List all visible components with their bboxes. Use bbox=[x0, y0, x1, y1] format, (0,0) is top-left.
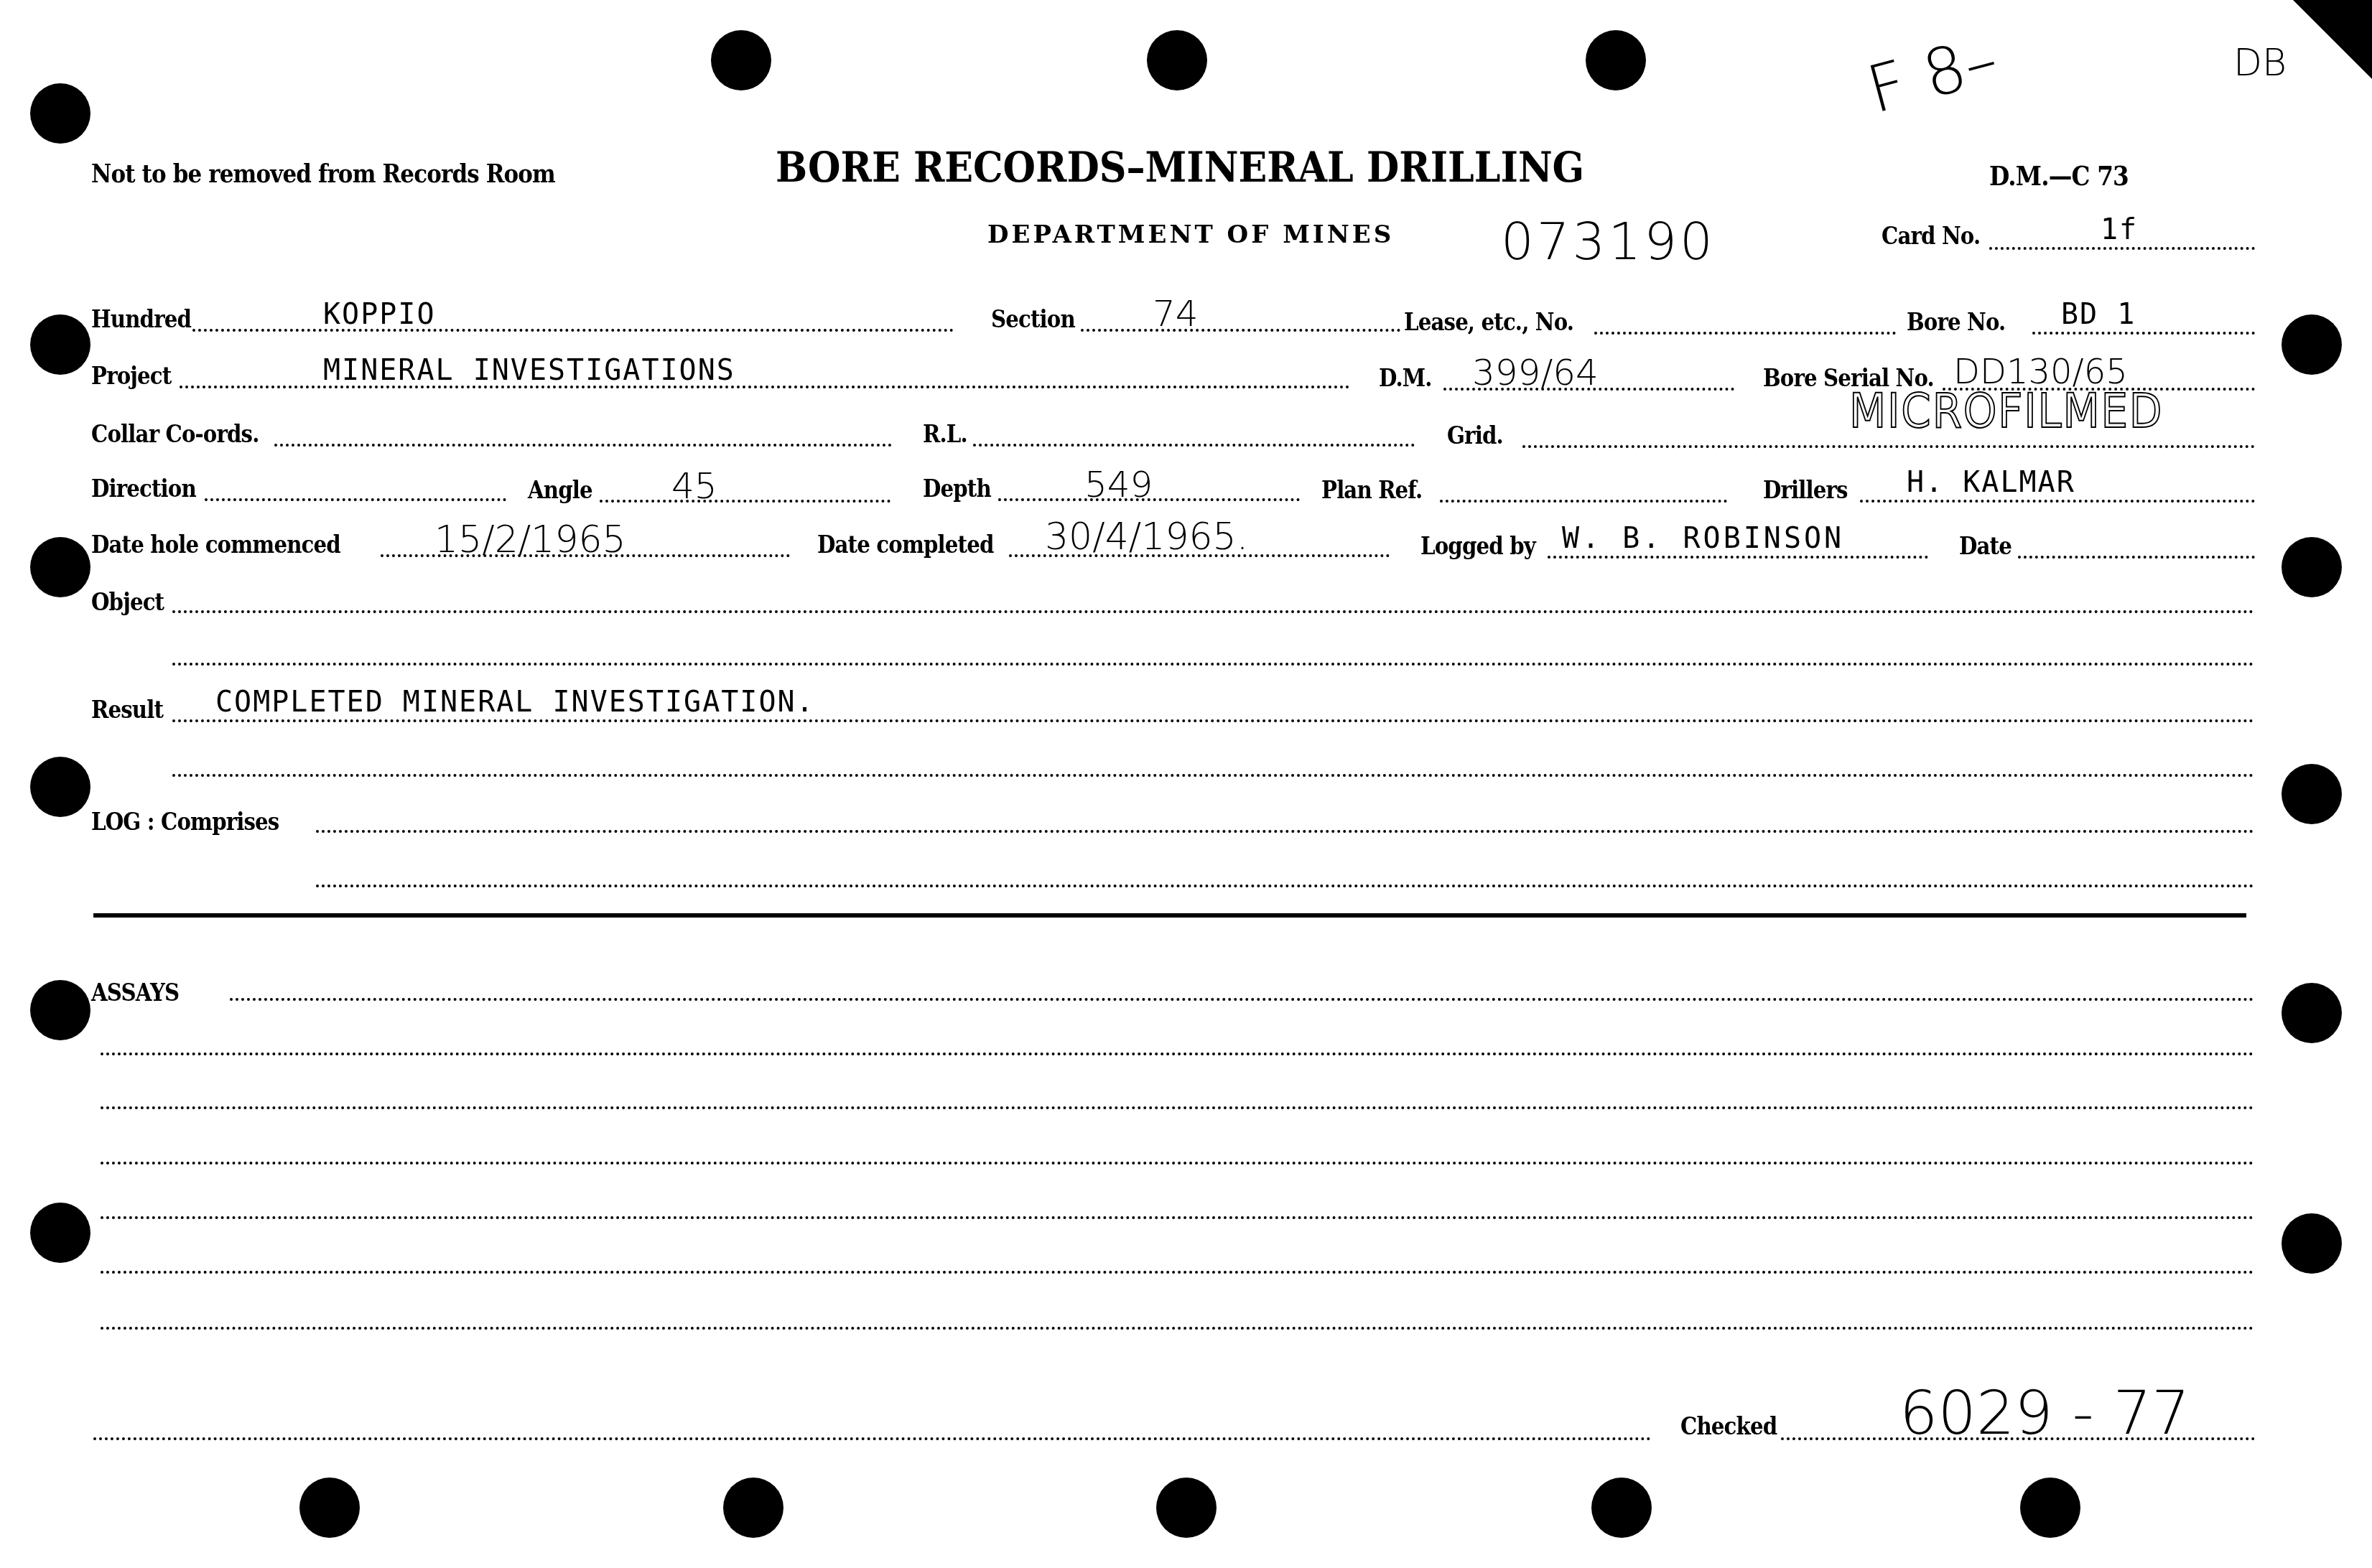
plan-ref-line bbox=[1440, 500, 1727, 503]
result-label: Result bbox=[91, 698, 163, 722]
hundred-label: Hundred bbox=[91, 307, 191, 332]
punch-hole bbox=[1591, 1478, 1652, 1538]
punch-hole bbox=[2282, 537, 2342, 597]
assays-line bbox=[101, 1162, 2255, 1165]
punch-hole bbox=[1147, 30, 1207, 90]
bore-no-line bbox=[2032, 332, 2255, 335]
punch-hole bbox=[2282, 983, 2342, 1043]
date-completed-label: Date completed bbox=[817, 533, 994, 557]
hundred-line bbox=[192, 329, 954, 332]
drillers-label: Drillers bbox=[1763, 478, 1848, 503]
assays-line bbox=[93, 1437, 1652, 1440]
logged-by-label: Logged by bbox=[1420, 534, 1535, 559]
section-divider bbox=[93, 913, 2246, 918]
punch-hole bbox=[30, 314, 90, 375]
rl-label: R.L. bbox=[923, 422, 967, 447]
records-room-notice: Not to be removed from Records Room bbox=[91, 161, 555, 187]
date-commenced-label: Date hole commenced bbox=[91, 533, 340, 557]
section-label: Section bbox=[991, 307, 1075, 332]
direction-line bbox=[205, 498, 506, 501]
punch-hole bbox=[299, 1478, 360, 1538]
record-number: 073190 bbox=[1501, 215, 1716, 267]
project-label: Project bbox=[91, 364, 171, 388]
section-line bbox=[1081, 329, 1400, 332]
drillers-line bbox=[1860, 500, 2255, 503]
logged-by-value[interactable]: W. B. ROBINSON bbox=[1562, 524, 1844, 553]
log-label: LOG : Comprises bbox=[91, 810, 279, 834]
card-no-label: Card No. bbox=[1882, 224, 1980, 248]
grid-label: Grid. bbox=[1447, 424, 1503, 448]
object-line-2 bbox=[172, 663, 2255, 666]
logged-by-line bbox=[1548, 556, 1928, 559]
object-label: Object bbox=[91, 590, 164, 615]
result-line-2 bbox=[172, 774, 2255, 777]
plan-ref-label: Plan Ref. bbox=[1321, 478, 1422, 503]
section-value[interactable]: 74 bbox=[1153, 296, 1199, 332]
checked-label: Checked bbox=[1680, 1414, 1777, 1439]
punch-hole bbox=[711, 30, 771, 90]
angle-label: Angle bbox=[528, 478, 592, 503]
punch-hole bbox=[2282, 764, 2342, 824]
handwritten-annotation: F 8– bbox=[1861, 27, 2004, 123]
dm-label: D.M. bbox=[1379, 366, 1432, 391]
punch-hole bbox=[1156, 1478, 1217, 1538]
log-line-2 bbox=[316, 885, 2255, 887]
corner-clip bbox=[2293, 0, 2372, 79]
punch-hole bbox=[2282, 1213, 2342, 1274]
punch-hole bbox=[723, 1478, 783, 1538]
date-completed-value[interactable]: 30/4/1965. bbox=[1045, 518, 1248, 556]
angle-line bbox=[600, 500, 890, 503]
punch-hole bbox=[2020, 1478, 2080, 1538]
drillers-value[interactable]: H. KALMAR bbox=[1907, 468, 2075, 497]
collar-line bbox=[274, 444, 892, 447]
date-label: Date bbox=[1959, 534, 2011, 559]
assays-line bbox=[101, 1216, 2255, 1219]
punch-hole bbox=[1586, 30, 1646, 90]
punch-hole bbox=[2282, 314, 2342, 375]
object-line-1 bbox=[172, 610, 2255, 613]
initials-annotation: DB bbox=[2233, 45, 2287, 82]
punch-hole bbox=[30, 1203, 90, 1263]
hundred-value[interactable]: KOPPIO bbox=[323, 300, 436, 329]
rl-line bbox=[973, 444, 1415, 447]
punch-hole bbox=[30, 757, 90, 817]
card-no-line bbox=[1989, 247, 2255, 250]
assays-label: ASSAYS bbox=[91, 981, 179, 1005]
direction-label: Direction bbox=[91, 477, 196, 501]
result-value[interactable]: COMPLETED MINERAL INVESTIGATION. bbox=[215, 688, 815, 717]
result-line-1 bbox=[172, 719, 2255, 722]
collar-label: Collar Co-ords. bbox=[91, 422, 259, 447]
grid-line bbox=[1522, 445, 2255, 448]
lease-line bbox=[1594, 332, 1896, 335]
punch-hole bbox=[30, 83, 90, 144]
assays-line bbox=[101, 1106, 2255, 1109]
microfilmed-stamp: MICROFILMED bbox=[1849, 388, 2163, 435]
project-value[interactable]: MINERAL INVESTIGATIONS bbox=[323, 356, 735, 385]
checked-value[interactable]: 6029 - 77 bbox=[1899, 1383, 2190, 1443]
depth-label: Depth bbox=[923, 477, 991, 501]
date-commenced-value[interactable]: 15/2/1965 bbox=[434, 521, 626, 559]
assays-line bbox=[101, 1327, 2255, 1330]
date-line bbox=[2018, 556, 2255, 559]
bore-no-label: Bore No. bbox=[1907, 310, 2005, 335]
assays-line bbox=[101, 1271, 2255, 1274]
assays-line bbox=[230, 998, 2255, 1001]
log-line-1 bbox=[316, 830, 2255, 833]
angle-value[interactable]: 45 bbox=[671, 468, 717, 504]
department-name: DEPARTMENT OF MINES bbox=[987, 223, 1394, 247]
assays-line bbox=[101, 1053, 2255, 1055]
punch-hole bbox=[30, 537, 90, 597]
form-title: BORE RECORDS–MINERAL DRILLING bbox=[776, 146, 1584, 188]
lease-label: Lease, etc., No. bbox=[1404, 310, 1573, 335]
dm-value[interactable]: 399/64 bbox=[1472, 355, 1599, 391]
depth-value[interactable]: 549 bbox=[1084, 467, 1153, 503]
punch-hole bbox=[30, 980, 90, 1040]
form-code: D.M.—C 73 bbox=[1989, 162, 2129, 190]
bore-no-value[interactable]: BD 1 bbox=[2061, 300, 2136, 329]
card-no-value[interactable]: 1f bbox=[2101, 215, 2138, 244]
